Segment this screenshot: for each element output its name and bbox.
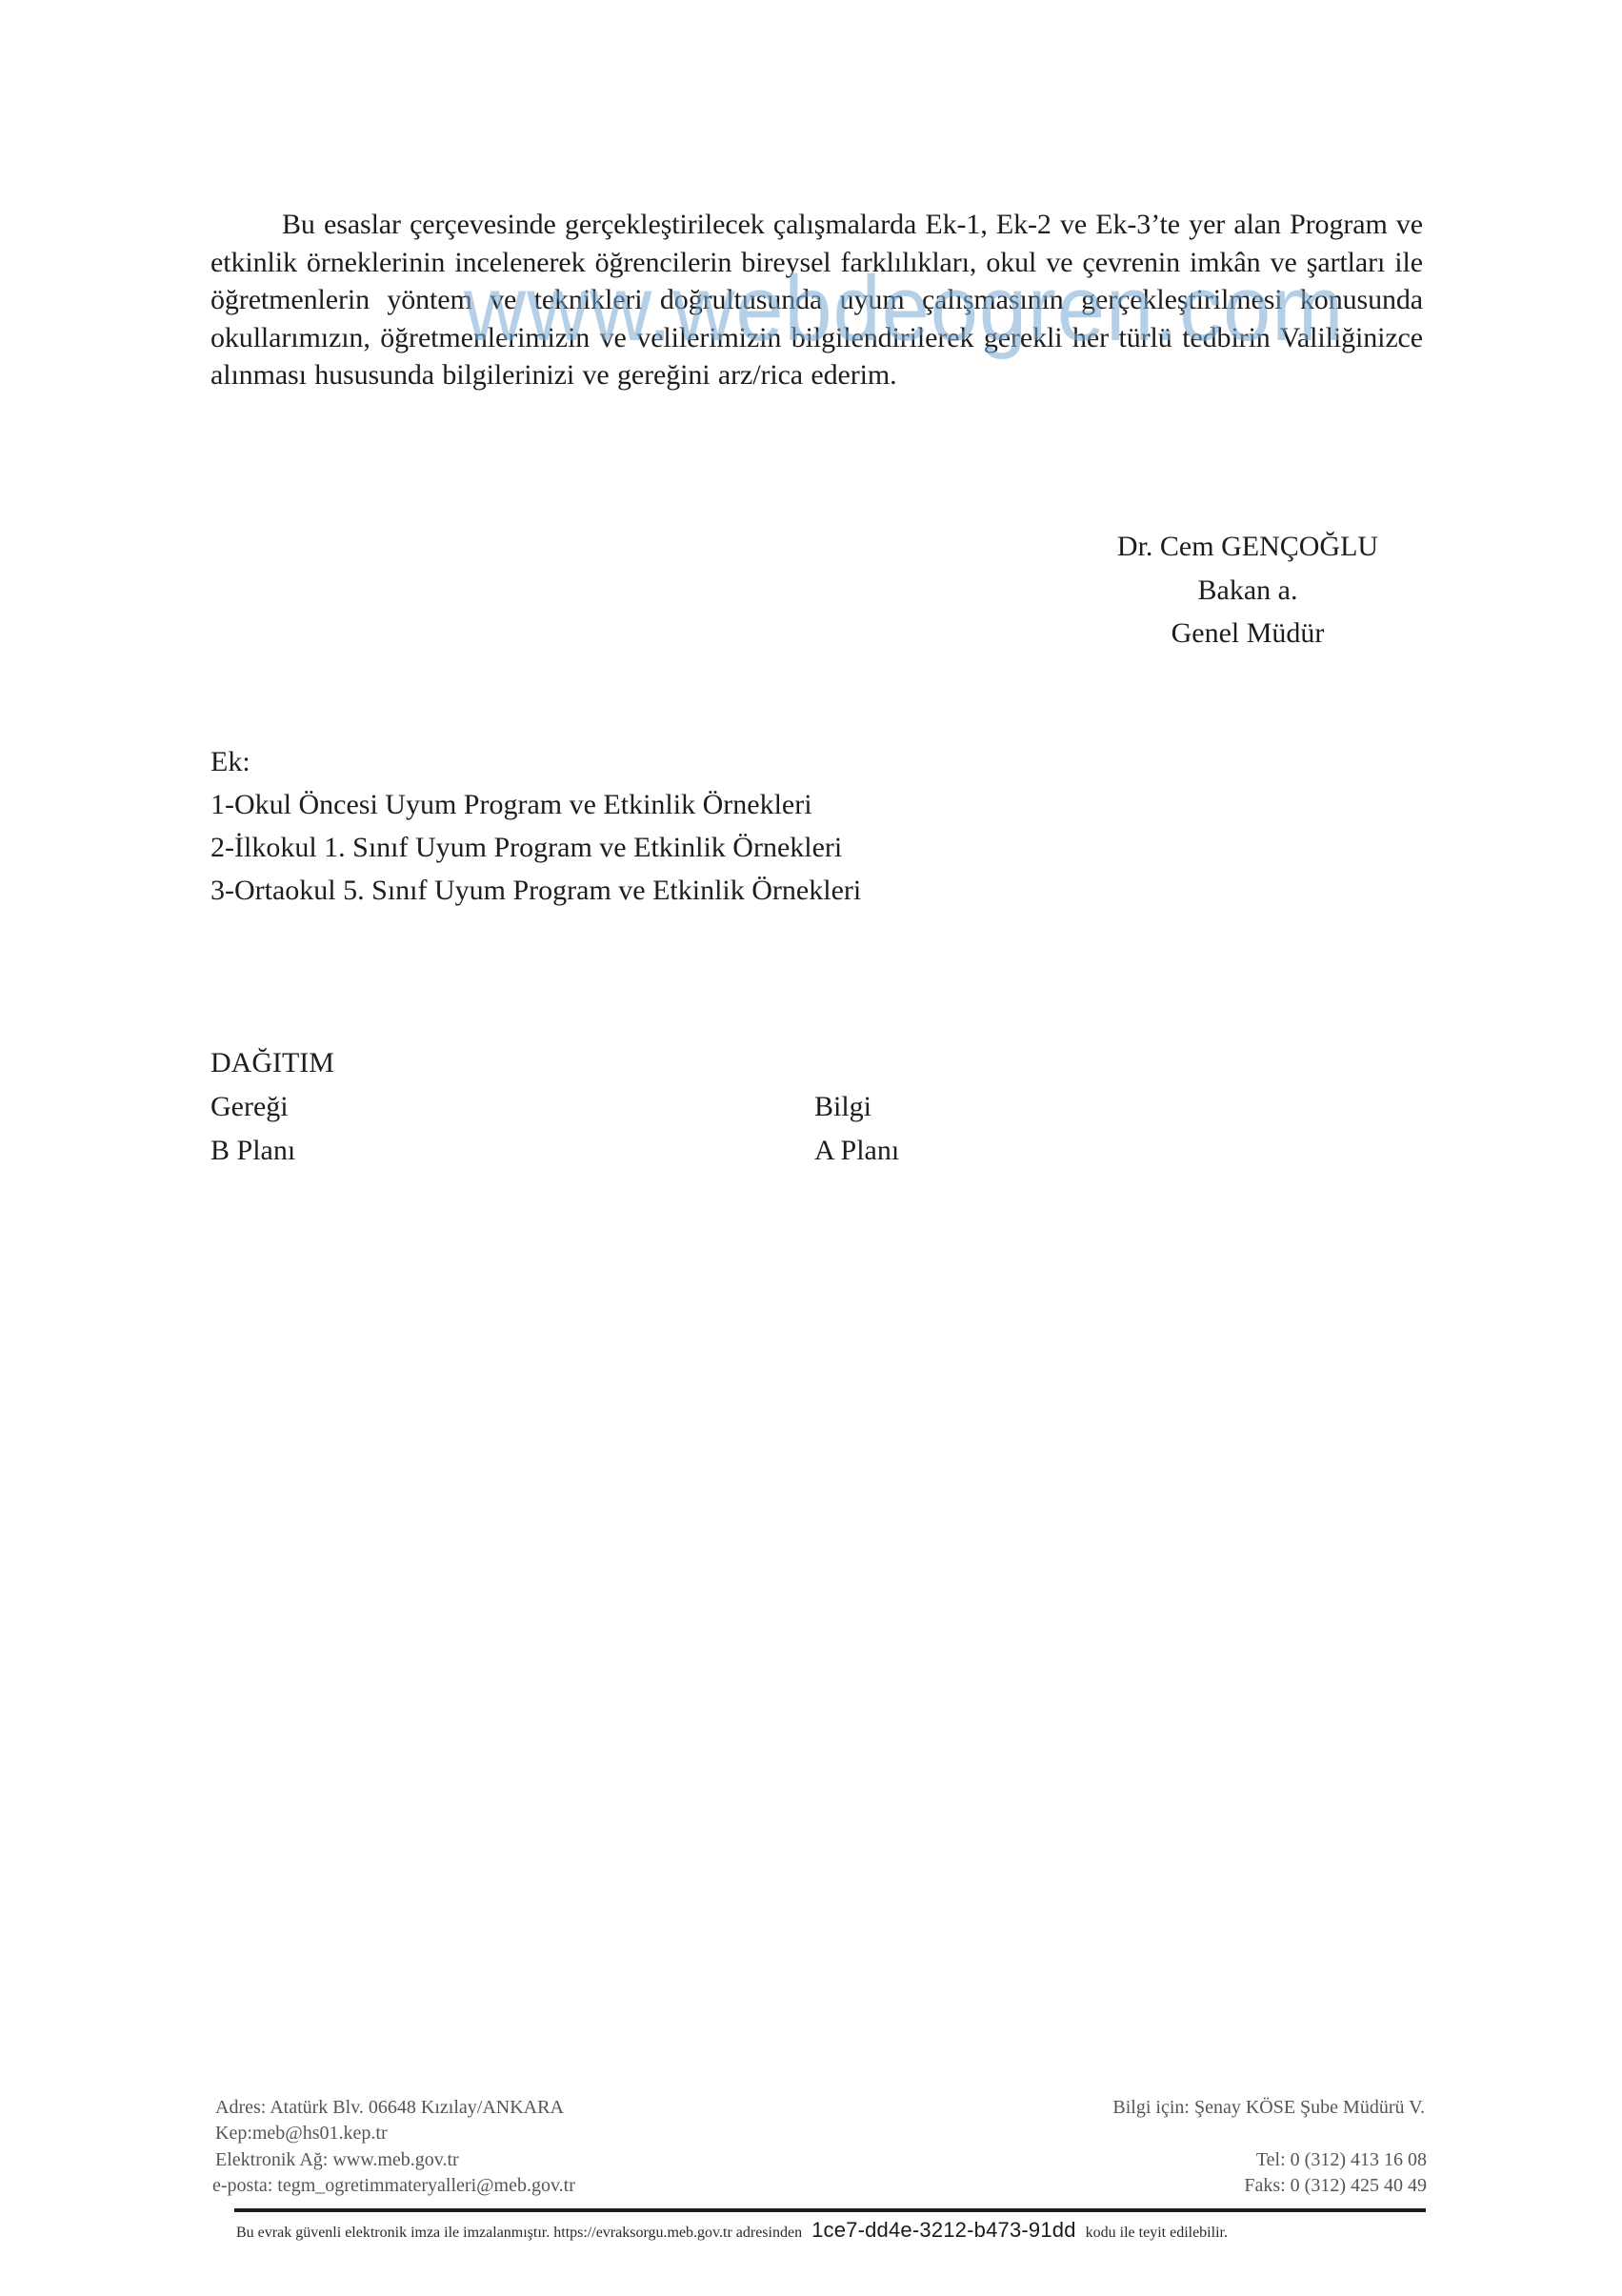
attachment-item: 2-İlkokul 1. Sınıf Uyum Program ve Etkin…	[210, 826, 861, 869]
verify-code: 1ce7-dd4e-3212-b473-91dd	[811, 2218, 1076, 2242]
attachments-list: Ek: 1-Okul Öncesi Uyum Program ve Etkinl…	[210, 740, 861, 912]
verify-prefix: Bu evrak güvenli elektronik imza ile imz…	[236, 2225, 802, 2241]
footer-web: Elektronik Ağ: www.meb.gov.tr	[215, 2147, 575, 2173]
distribution-section: DAĞITIM Gereği Bilgi B Planı A Planı	[210, 1041, 1068, 1173]
distribution-label-info: Bilgi	[814, 1085, 871, 1129]
attachment-item: 1-Okul Öncesi Uyum Program ve Etkinlik Ö…	[210, 783, 861, 826]
distribution-heading: DAĞITIM	[210, 1041, 1068, 1085]
footer-kep: Kep:meb@hs01.kep.tr	[215, 2121, 575, 2146]
footer-info-contact: Bilgi için: Şenay KÖSE Şube Müdürü V.	[1112, 2095, 1425, 2121]
signature-block: Dr. Cem GENÇOĞLU Bakan a. Genel Müdür	[1086, 525, 1410, 655]
e-signature-verification: Bu evrak güvenli elektronik imza ile imz…	[236, 2217, 1429, 2246]
attachments-heading: Ek:	[210, 740, 861, 783]
distribution-value-info: A Planı	[814, 1129, 899, 1173]
footer-contact-left: Adres: Atatürk Blv. 06648 Kızılay/ANKARA…	[215, 2095, 575, 2199]
distribution-value-action: B Planı	[210, 1129, 814, 1173]
footer-tel: Tel: 0 (312) 413 16 08	[1112, 2147, 1427, 2173]
attachment-item: 3-Ortaokul 5. Sınıf Uyum Program ve Etki…	[210, 869, 861, 912]
signatory-delegation: Bakan a.	[1086, 569, 1410, 613]
distribution-label-action: Gereği	[210, 1085, 814, 1129]
footer-email: e-posta: tegm_ogretimmateryalleri@meb.go…	[212, 2173, 575, 2199]
body-paragraph: Bu esaslar çerçevesinde gerçekleştirilec…	[210, 206, 1423, 394]
distribution-labels-row: Gereği Bilgi	[210, 1085, 1068, 1129]
verify-suffix: kodu ile teyit edilebilir.	[1086, 2225, 1228, 2241]
document-page: Bu esaslar çerçevesinde gerçekleştirilec…	[0, 0, 1622, 2296]
distribution-values-row: B Planı A Planı	[210, 1129, 1068, 1173]
footer-fax: Faks: 0 (312) 425 40 49	[1112, 2173, 1427, 2199]
footer-divider	[234, 2208, 1426, 2212]
footer-spacer	[1112, 2121, 1425, 2146]
signatory-title: Genel Müdür	[1086, 612, 1410, 655]
footer-contact-right: Bilgi için: Şenay KÖSE Şube Müdürü V. Te…	[1112, 2095, 1425, 2199]
signatory-name: Dr. Cem GENÇOĞLU	[1086, 525, 1410, 569]
footer-address: Adres: Atatürk Blv. 06648 Kızılay/ANKARA	[215, 2095, 575, 2121]
